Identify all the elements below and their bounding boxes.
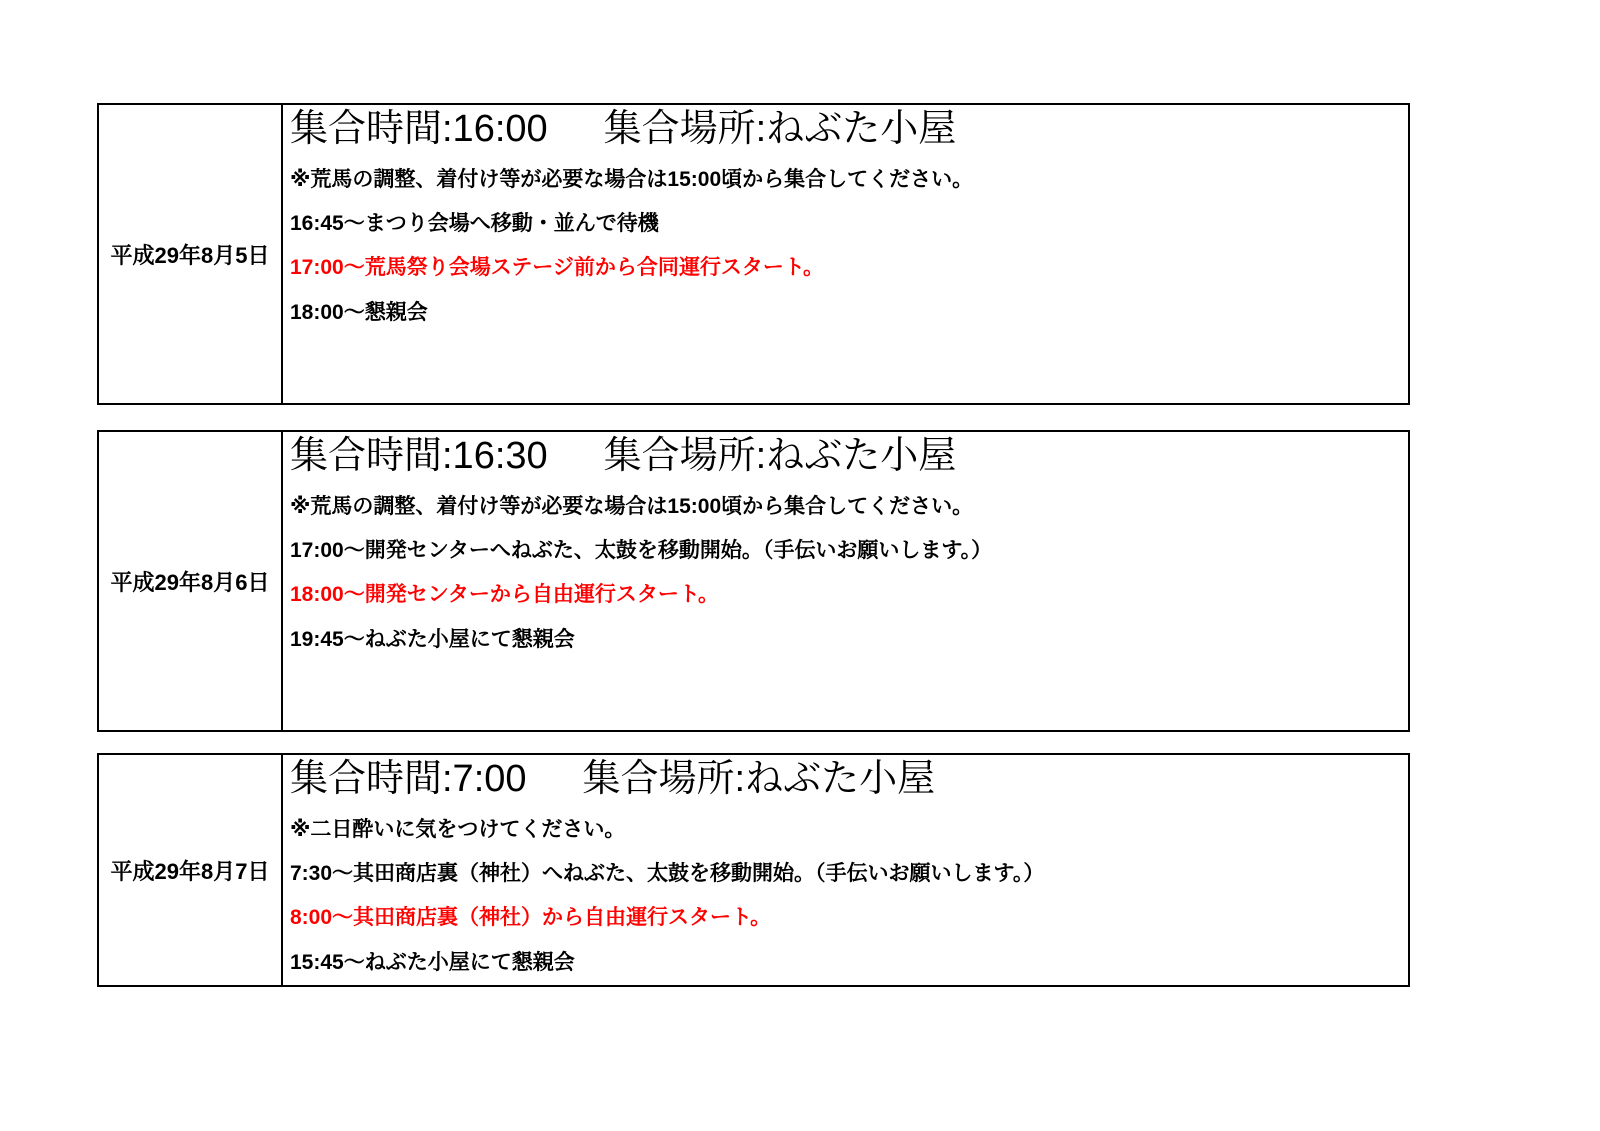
schedule-line-highlighted: 18:00～開発センターから自由運行スタート。 [290,582,1400,607]
meeting-header: 集合時間:16:30集合場所:ねぶた小屋 [290,434,1400,475]
date-label: 平成29年8月6日 [111,566,270,597]
schedule-line: 17:00～開発センターへねぶた、太鼓を移動開始。（手伝いお願いします。） [290,538,1400,563]
schedule-line: 16:45～まつり会場へ移動・並んで待機 [290,211,1400,236]
meeting-place-label: 集合場所:ねぶた小屋 [604,435,957,477]
meeting-time-label: 集合時間:7:00 [290,758,527,800]
meeting-time-label: 集合時間:16:00 [290,108,548,150]
schedule-details: 集合時間:7:00集合場所:ねぶた小屋 ※二日酔いに気をつけてください。 7:3… [283,755,1408,985]
schedule-details: 集合時間:16:00集合場所:ねぶた小屋 ※荒馬の調整、着付け等が必要な場合は1… [283,105,1408,403]
schedule-line: 19:45～ねぶた小屋にて懇親会 [290,627,1400,652]
meeting-place-label: 集合場所:ねぶた小屋 [583,758,936,800]
schedule-line: 7:30～其田商店裏（神社）へねぶた、太鼓を移動開始。（手伝いお願いします。） [290,861,1400,886]
schedule-line: 18:00～懇親会 [290,300,1400,325]
schedule-document: { "colors": { "text": "#000000", "highli… [0,0,1600,1131]
schedule-line: 15:45～ねぶた小屋にて懇親会 [290,950,1400,975]
meeting-header: 集合時間:7:00集合場所:ねぶた小屋 [290,757,1400,798]
meeting-time-label: 集合時間:16:30 [290,435,548,477]
schedule-row-aug6: 平成29年8月6日 集合時間:16:30集合場所:ねぶた小屋 ※荒馬の調整、着付… [97,430,1410,732]
schedule-line: ※二日酔いに気をつけてください。 [290,817,1400,842]
schedule-row-aug7: 平成29年8月7日 集合時間:7:00集合場所:ねぶた小屋 ※二日酔いに気をつけ… [97,753,1410,987]
schedule-line-highlighted: 17:00～荒馬祭り会場ステージ前から合同運行スタート。 [290,255,1400,280]
schedule-details: 集合時間:16:30集合場所:ねぶた小屋 ※荒馬の調整、着付け等が必要な場合は1… [283,432,1408,730]
schedule-row-aug5: 平成29年8月5日 集合時間:16:00集合場所:ねぶた小屋 ※荒馬の調整、着付… [97,103,1410,405]
meeting-header: 集合時間:16:00集合場所:ねぶた小屋 [290,107,1400,148]
schedule-line: ※荒馬の調整、着付け等が必要な場合は15:00頃から集合してください。 [290,494,1400,519]
date-label: 平成29年8月5日 [111,239,270,270]
date-cell: 平成29年8月5日 [99,105,283,403]
meeting-place-label: 集合場所:ねぶた小屋 [604,108,957,150]
schedule-line-highlighted: 8:00～其田商店裏（神社）から自由運行スタート。 [290,905,1400,930]
date-label: 平成29年8月7日 [111,855,270,886]
schedule-line: ※荒馬の調整、着付け等が必要な場合は15:00頃から集合してください。 [290,167,1400,192]
date-cell: 平成29年8月7日 [99,755,283,985]
date-cell: 平成29年8月6日 [99,432,283,730]
